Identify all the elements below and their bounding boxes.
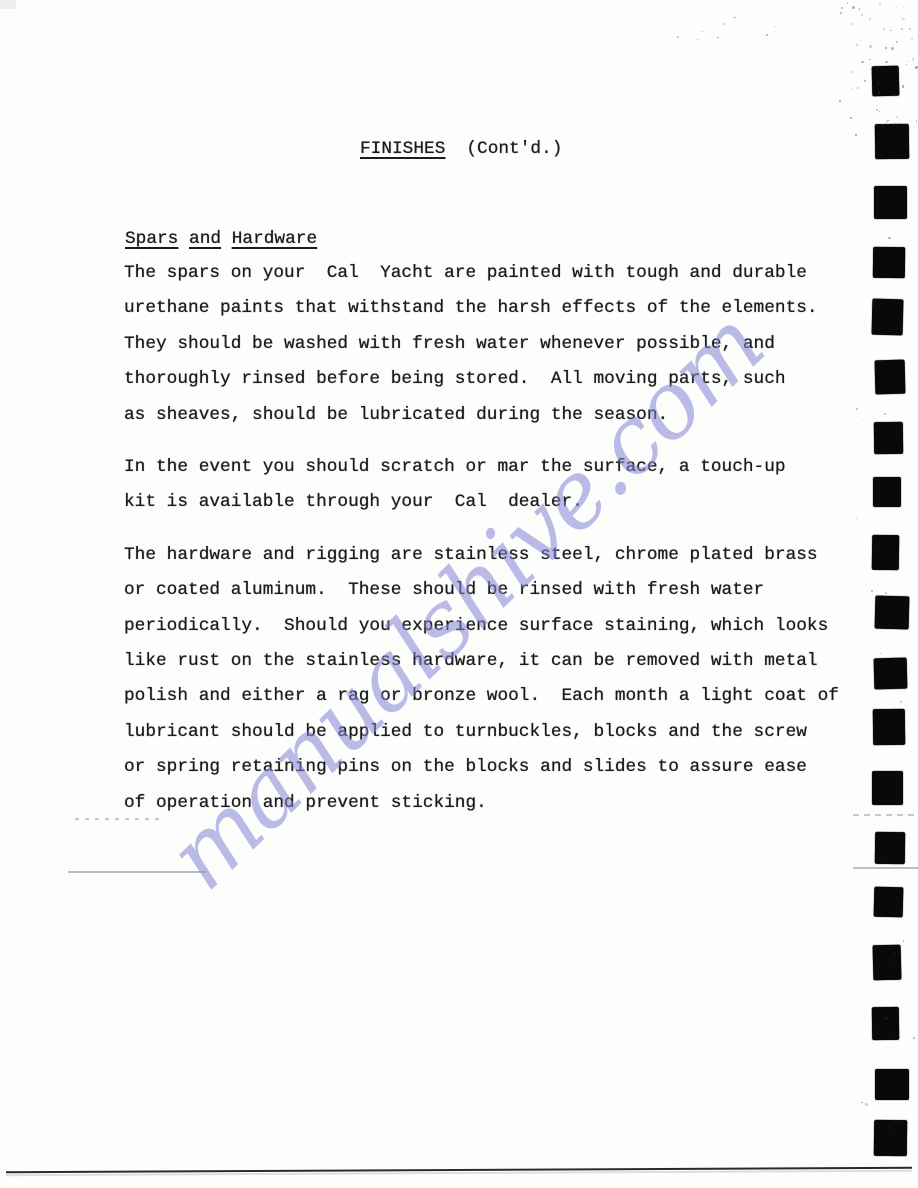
noise-dot bbox=[891, 47, 894, 50]
noise-dot bbox=[783, 28, 784, 29]
noise-dot bbox=[861, 14, 863, 16]
scan-artifact-right-dash bbox=[853, 814, 918, 816]
noise-dot bbox=[876, 109, 878, 111]
noise-dot bbox=[864, 80, 866, 82]
noise-dot bbox=[857, 87, 858, 88]
noise-dot bbox=[855, 134, 857, 136]
text-line: or coated aluminum. These should be rins… bbox=[124, 573, 884, 608]
noise-dot bbox=[697, 39, 698, 40]
noise-dot bbox=[874, 430, 876, 432]
text-line: The hardware and rigging are stainless s… bbox=[124, 538, 884, 573]
binding-mark bbox=[875, 832, 905, 864]
binding-mark bbox=[875, 360, 906, 395]
noise-dot bbox=[893, 94, 894, 95]
noise-dot bbox=[851, 88, 853, 90]
noise-dot bbox=[878, 91, 881, 94]
noise-dot bbox=[864, 114, 865, 115]
binding-mark bbox=[875, 596, 910, 630]
noise-dot bbox=[861, 37, 863, 39]
noise-dot bbox=[880, 653, 881, 654]
noise-dot bbox=[863, 17, 865, 19]
noise-dot bbox=[839, 100, 841, 102]
binding-mark bbox=[872, 771, 903, 805]
section-heading-word: Spars bbox=[125, 229, 178, 249]
noise-dot bbox=[861, 419, 862, 420]
page-title: FINISHES(Cont'd.) bbox=[360, 137, 562, 161]
noise-dot bbox=[702, 31, 704, 33]
text-line: like rust on the stainless hardware, it … bbox=[124, 644, 884, 679]
noise-dot bbox=[847, 2, 849, 4]
page-title-main: FINISHES bbox=[360, 139, 445, 159]
noise-dot bbox=[893, 586, 894, 587]
noise-dot bbox=[896, 41, 897, 42]
text-line: urethane paints that withstand the harsh… bbox=[124, 291, 884, 326]
noise-dot bbox=[879, 479, 880, 480]
noise-dot bbox=[896, 116, 898, 118]
noise-dot bbox=[723, 23, 724, 24]
noise-dot bbox=[879, 111, 880, 112]
noise-dot bbox=[856, 408, 858, 410]
noise-dot bbox=[861, 1102, 862, 1103]
paragraph: The hardware and rigging are stainless s… bbox=[124, 538, 884, 821]
binding-mark bbox=[874, 658, 908, 690]
noise-dot bbox=[859, 8, 860, 9]
page-bottom-scan-line bbox=[6, 1167, 912, 1174]
binding-mark bbox=[873, 477, 901, 507]
noise-dot bbox=[850, 117, 852, 119]
noise-dot bbox=[894, 123, 897, 126]
noise-dot bbox=[902, 85, 905, 88]
noise-dot bbox=[887, 120, 889, 122]
binding-mark bbox=[872, 1007, 899, 1040]
noise-dot bbox=[677, 36, 679, 38]
binding-mark bbox=[873, 247, 905, 278]
noise-dot bbox=[861, 61, 864, 64]
noise-dot bbox=[852, 71, 854, 73]
noise-dot bbox=[896, 7, 897, 8]
binding-mark bbox=[875, 1069, 909, 1100]
noise-dot bbox=[766, 34, 768, 36]
noise-dot bbox=[916, 120, 918, 122]
noise-dot bbox=[856, 44, 858, 46]
noise-dot bbox=[906, 64, 907, 65]
noise-dot bbox=[915, 66, 918, 69]
section-heading-word: Hardware bbox=[232, 229, 317, 249]
text-line: polish and either a rag or bronze wool. … bbox=[124, 679, 884, 714]
binding-mark bbox=[872, 66, 900, 97]
noise-dot bbox=[841, 7, 843, 9]
noise-dot bbox=[887, 1126, 890, 1129]
noise-dot bbox=[734, 17, 735, 18]
noise-dot bbox=[860, 40, 861, 41]
scan-artifact-dash bbox=[75, 818, 163, 820]
noise-dot bbox=[888, 966, 889, 967]
binding-mark bbox=[874, 422, 903, 454]
noise-dot bbox=[913, 1037, 915, 1039]
noise-dot bbox=[885, 1017, 887, 1019]
noise-dot bbox=[882, 124, 884, 126]
text-line: or spring retaining pins on the blocks a… bbox=[124, 750, 884, 785]
noise-dot bbox=[869, 45, 872, 48]
noise-dot bbox=[901, 28, 903, 30]
binding-mark bbox=[872, 298, 904, 335]
binding-mark bbox=[873, 945, 902, 981]
noise-dot bbox=[717, 37, 718, 38]
noise-dot bbox=[903, 940, 904, 941]
noise-dot bbox=[851, 23, 853, 25]
text-line: They should be washed with fresh water w… bbox=[124, 327, 884, 362]
noise-dot bbox=[902, 18, 905, 21]
noise-dot bbox=[869, 18, 872, 21]
noise-dot bbox=[879, 4, 880, 5]
binding-mark bbox=[874, 186, 907, 219]
noise-dot bbox=[775, 26, 776, 27]
noise-dot bbox=[908, 61, 909, 62]
scan-artifact-right-line bbox=[853, 867, 918, 869]
binding-mark bbox=[875, 124, 909, 159]
scan-artifact-corner bbox=[0, 0, 16, 9]
noise-dot bbox=[888, 237, 891, 240]
noise-dot bbox=[890, 30, 891, 31]
document-body: The spars on your Cal Yacht are painted … bbox=[124, 256, 884, 838]
noise-dot bbox=[912, 58, 915, 61]
text-line: kit is available through your Cal dealer… bbox=[124, 485, 884, 520]
scan-artifact-line bbox=[68, 871, 206, 873]
text-line: as sheaves, should be lubricated during … bbox=[124, 398, 884, 433]
noise-dot bbox=[886, 121, 887, 122]
noise-dot bbox=[900, 701, 902, 703]
paragraph: In the event you should scratch or mar t… bbox=[124, 450, 884, 521]
text-line: lubricant should be applied to turnbuckl… bbox=[124, 715, 884, 750]
text-line: of operation and prevent sticking. bbox=[124, 786, 884, 821]
noise-dot bbox=[852, 6, 854, 8]
noise-dot bbox=[911, 38, 913, 40]
noise-dot bbox=[840, 12, 842, 14]
text-line: In the event you should scratch or mar t… bbox=[124, 450, 884, 485]
noise-dot bbox=[885, 61, 888, 64]
binding-mark bbox=[872, 535, 899, 570]
noise-dot bbox=[871, 590, 873, 592]
paragraph: The spars on your Cal Yacht are painted … bbox=[124, 256, 884, 433]
section-heading: SparsandHardware bbox=[125, 227, 317, 251]
noise-dot bbox=[903, 7, 905, 9]
noise-dot bbox=[865, 1103, 868, 1106]
binding-mark bbox=[874, 887, 904, 918]
binding-mark bbox=[874, 1119, 907, 1155]
noise-dot bbox=[764, 37, 766, 39]
page-title-suffix: (Cont'd.) bbox=[466, 139, 562, 159]
noise-dot bbox=[884, 413, 886, 415]
text-line: thoroughly rinsed before being stored. A… bbox=[124, 362, 884, 397]
noise-dot bbox=[909, 28, 911, 30]
section-heading-word: and bbox=[189, 229, 221, 249]
binding-mark bbox=[873, 709, 905, 745]
noise-dot bbox=[885, 47, 887, 49]
text-line: periodically. Should you experience surf… bbox=[124, 609, 884, 644]
noise-dot bbox=[883, 28, 885, 30]
noise-dot bbox=[885, 592, 887, 594]
scanned-page: FINISHES(Cont'd.) SparsandHardware The s… bbox=[0, 0, 918, 1188]
text-line: The spars on your Cal Yacht are painted … bbox=[124, 256, 884, 291]
noise-dot bbox=[877, 82, 879, 84]
noise-dot bbox=[869, 59, 871, 61]
